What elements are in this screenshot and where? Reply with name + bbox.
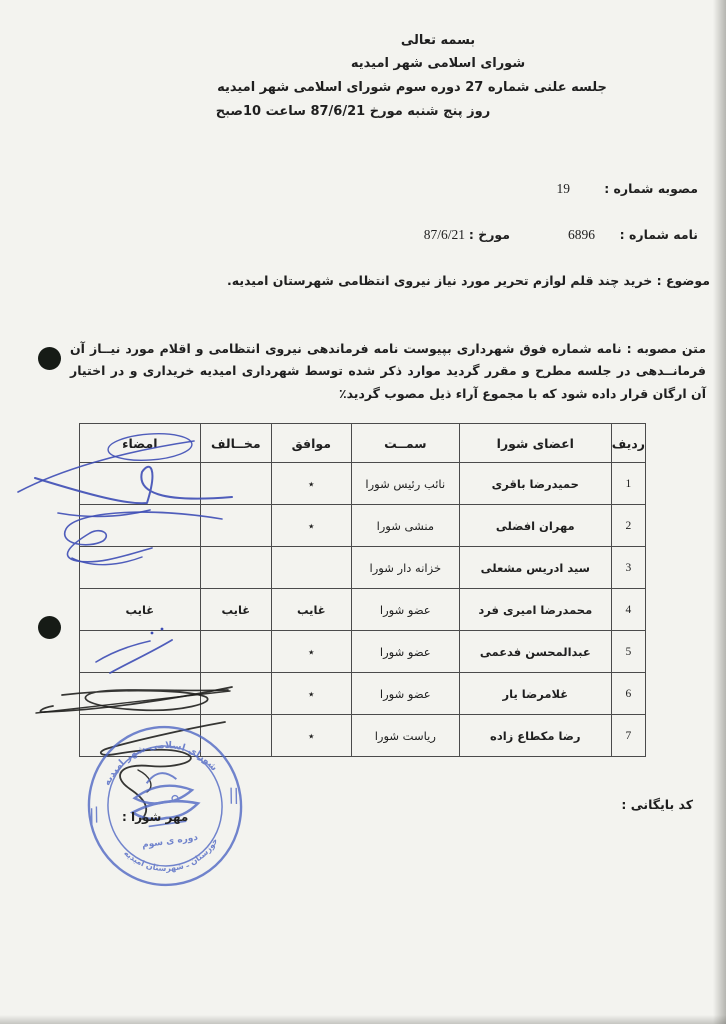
- row-number: 4: [611, 589, 645, 631]
- member-name: عبدالمحسن فدعمی: [459, 631, 611, 673]
- row-number: 1: [611, 463, 645, 505]
- member-position: نائب رئیس شورا: [351, 463, 459, 505]
- stamp-label: مهر شورا :: [122, 810, 188, 824]
- member-position: عضو شورا: [351, 631, 459, 673]
- row-number: 3: [611, 547, 645, 589]
- row-number: 2: [611, 505, 645, 547]
- col-header-against: مخــالف: [200, 424, 271, 463]
- row-number: 7: [611, 715, 645, 757]
- page-edge-shadow-bottom: [0, 1015, 726, 1024]
- col-header-position: سمــت: [351, 424, 459, 463]
- member-position: منشی شورا: [351, 505, 459, 547]
- members-vote-table: ردیف اعضای شورا سمــت موافق مخــالف امضا…: [79, 423, 646, 757]
- row-number: 5: [611, 631, 645, 673]
- agree-mark: ٭: [271, 463, 351, 505]
- signature-cell: [79, 715, 200, 757]
- member-position: عضو شورا: [351, 589, 459, 631]
- archive-code-label: کد بایگانی :: [621, 797, 693, 812]
- signature-cell: [79, 463, 200, 505]
- col-header-agree: موافق: [271, 424, 351, 463]
- table-row: 1 حمیدرضا باقری نائب رئیس شورا ٭: [79, 463, 645, 505]
- session-title: جلسه علنی شماره 27 دوره سوم شورای اسلامی…: [212, 80, 612, 95]
- against-mark: [200, 547, 271, 589]
- punch-hole-top: [38, 347, 61, 370]
- council-title: شورای اسلامی شهر امیدیه: [338, 56, 538, 71]
- page-edge-shadow-right: [713, 0, 726, 1024]
- resolution-number-value: 19: [557, 181, 571, 197]
- against-mark: [200, 505, 271, 547]
- bismillah-line: بسمه تعالی: [338, 33, 538, 48]
- signature-cell: [79, 673, 200, 715]
- table-row: 4 محمدرضا امیری فرد عضو شورا غایب غایب غ…: [79, 589, 645, 631]
- punch-hole-bottom: [38, 616, 61, 639]
- against-mark: [200, 673, 271, 715]
- subject-line: موضوع : خرید چند قلم لوازم تحریر مورد نی…: [227, 273, 710, 288]
- against-mark: [200, 715, 271, 757]
- agree-mark: غایب: [271, 589, 351, 631]
- svg-text:دوره ی سوم: دوره ی سوم: [141, 833, 199, 851]
- member-name: مهران افضلی: [459, 505, 611, 547]
- col-header-row-number: ردیف: [611, 424, 645, 463]
- letter-number-value: 6896: [568, 227, 595, 243]
- resolution-body-text: متن مصوبه : نامه شماره فوق شهرداری بپیوس…: [70, 338, 706, 406]
- signature-cell: غایب: [79, 589, 200, 631]
- member-name: سید ادریس مشعلی: [459, 547, 611, 589]
- agree-mark: ٭: [271, 715, 351, 757]
- table-row: 6 غلامرضا یار عضو شورا ٭: [79, 673, 645, 715]
- against-mark: [200, 631, 271, 673]
- letter-number-label: نامه شماره :: [620, 227, 698, 242]
- svg-text:خوزستان ـ شهرستان امیدیه: خوزستان ـ شهرستان امیدیه: [121, 835, 223, 879]
- member-name: غلامرضا یار: [459, 673, 611, 715]
- table-row: 7 رضا مکطاع زاده ریاست شورا ٭: [79, 715, 645, 757]
- member-name: رضا مکطاع زاده: [459, 715, 611, 757]
- row-number: 6: [611, 673, 645, 715]
- table-row: 3 سید ادریس مشعلی خزانه دار شورا: [79, 547, 645, 589]
- col-header-members: اعضای شورا: [459, 424, 611, 463]
- member-position: خزانه دار شورا: [351, 547, 459, 589]
- against-mark: غایب: [200, 589, 271, 631]
- scanned-council-resolution-document: بسمه تعالی شورای اسلامی شهر امیدیه جلسه …: [0, 0, 726, 1024]
- agree-mark: ٭: [271, 673, 351, 715]
- signature-cell: [79, 631, 200, 673]
- table-row: 5 عبدالمحسن فدعمی عضو شورا ٭: [79, 631, 645, 673]
- member-position: عضو شورا: [351, 673, 459, 715]
- table-row: 2 مهران افضلی منشی شورا ٭: [79, 505, 645, 547]
- agree-mark: ٭: [271, 505, 351, 547]
- letter-date-label: مورخ :: [469, 227, 510, 242]
- member-name: حمیدرضا باقری: [459, 463, 611, 505]
- resolution-number-label: مصوبه شماره :: [604, 181, 698, 196]
- letter-date-value: 87/6/21: [424, 227, 465, 243]
- member-position: ریاست شورا: [351, 715, 459, 757]
- agree-mark: [271, 547, 351, 589]
- signature-cell: [79, 547, 200, 589]
- table-header-row: ردیف اعضای شورا سمــت موافق مخــالف امضا…: [79, 424, 645, 463]
- member-name: محمدرضا امیری فرد: [459, 589, 611, 631]
- session-date-line: روز پنج شنبه مورخ 87/6/21 ساعت 10صبح: [203, 104, 503, 119]
- against-mark: [200, 463, 271, 505]
- agree-mark: ٭: [271, 631, 351, 673]
- signature-cell: [79, 505, 200, 547]
- col-header-signature: امضاء: [79, 424, 200, 463]
